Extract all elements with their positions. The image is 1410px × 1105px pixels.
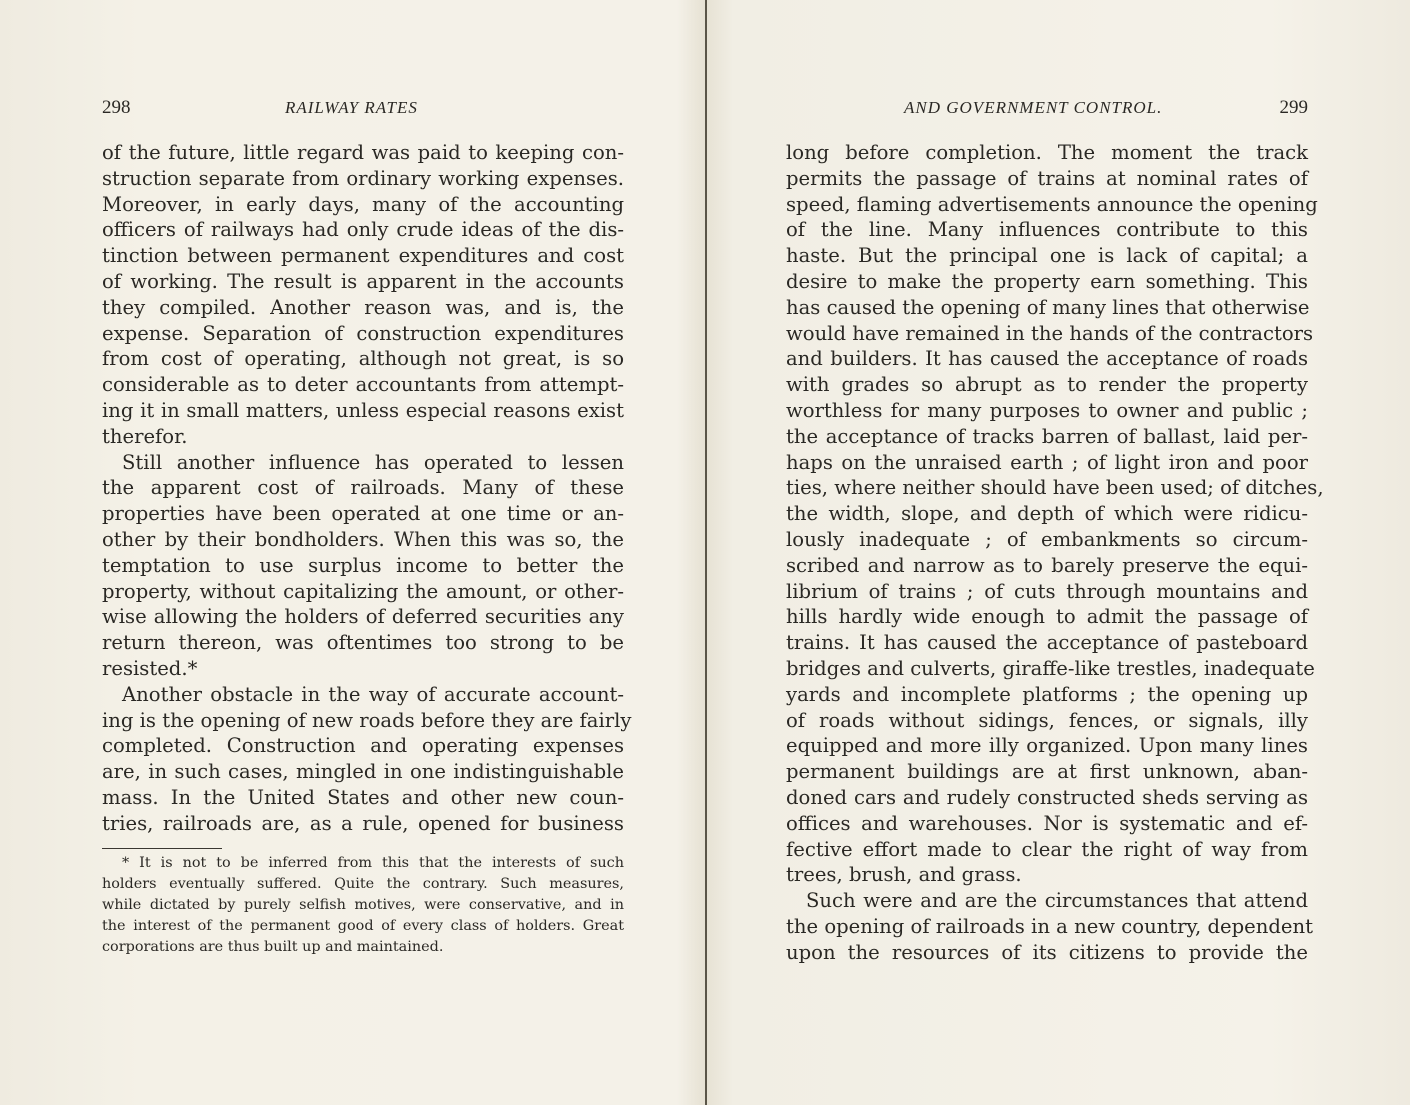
footnote-line: corporations are thus built up and maint… [102,937,624,958]
text-line: hills hardly wide enough to admit the pa… [786,604,1308,630]
text-line: temptation to use surplus income to bett… [102,553,624,579]
text-line: the opening of railroads in a new countr… [786,914,1308,940]
text-line: librium of trains ; of cuts through moun… [786,579,1308,605]
footnote-line: the interest of the permanent good of ev… [102,916,624,937]
right-page: AND GOVERNMENT CONTROL. 299 long before … [786,0,1308,1105]
text-line: mass. In the United States and other new… [102,785,624,811]
text-line: of the line. Many influences contribute … [786,217,1308,243]
text-line: therefor. [102,424,624,450]
left-page-header: 298 RAILWAY RATES [102,97,624,121]
text-line: ing is the opening of new roads before t… [102,708,624,734]
footnote-line: holders eventually suffered. Quite the c… [102,874,624,895]
footnote-line: * It is not to be inferred from this tha… [102,853,624,874]
footnote-rule [102,848,222,849]
text-line: Still another influence has operated to … [102,450,624,476]
page-number: 299 [1280,97,1309,119]
running-head: AND GOVERNMENT CONTROL. [904,98,1162,118]
right-page-body: long before completion. The moment the t… [786,140,1308,966]
text-line: are, in such cases, mingled in one indis… [102,759,624,785]
text-line: of roads without sidings, fences, or sig… [786,708,1308,734]
text-line: permits the passage of trains at nominal… [786,166,1308,192]
text-line: offices and warehouses. Nor is systemati… [786,811,1308,837]
left-page: 298 RAILWAY RATES of the future, little … [102,0,624,1105]
text-line: equipped and more illy organized. Upon m… [786,733,1308,759]
text-line: property, without capitalizing the amoun… [102,579,624,605]
text-line: haste. But the principal one is lack of … [786,243,1308,269]
text-line: Such were and are the circumstances that… [786,888,1308,914]
book-spread: 298 RAILWAY RATES of the future, little … [0,0,1410,1105]
text-line: speed, flaming advertisements announce t… [786,192,1308,218]
text-line: of the future, little regard was paid to… [102,140,624,166]
text-line: would have remained in the hands of the … [786,321,1308,347]
text-line: they compiled. Another reason was, and i… [102,295,624,321]
text-line: the acceptance of tracks barren of balla… [786,424,1308,450]
right-page-header: AND GOVERNMENT CONTROL. 299 [786,97,1308,121]
text-line: has caused the opening of many lines tha… [786,295,1308,321]
text-line: doned cars and rudely constructed sheds … [786,785,1308,811]
text-line: the width, slope, and depth of which wer… [786,501,1308,527]
text-line: tinction between permanent expenditures … [102,243,624,269]
text-line: considerable as to deter accountants fro… [102,372,624,398]
text-line: and builders. It has caused the acceptan… [786,346,1308,372]
text-line: Moreover, in early days, many of the acc… [102,192,624,218]
text-line: properties have been operated at one tim… [102,501,624,527]
text-line: permanent buildings are at first unknown… [786,759,1308,785]
text-line: haps on the unraised earth ; of light ir… [786,450,1308,476]
text-line: resisted.* [102,656,624,682]
text-line: of working. The result is apparent in th… [102,269,624,295]
text-line: wise allowing the holders of deferred se… [102,604,624,630]
text-line: return thereon, was oftentimes too stron… [102,630,624,656]
text-line: fective effort made to clear the right o… [786,837,1308,863]
text-line: worthless for many purposes to owner and… [786,398,1308,424]
text-line: expense. Separation of construction expe… [102,321,624,347]
text-line: completed. Construction and operating ex… [102,733,624,759]
text-line: from cost of operating, although not gre… [102,346,624,372]
page-number: 298 [102,97,131,119]
text-line: desire to make the property earn somethi… [786,269,1308,295]
book-spine [705,0,707,1105]
text-line: yards and incomplete platforms ; the ope… [786,682,1308,708]
text-line: officers of railways had only crude idea… [102,217,624,243]
text-line: ties, where neither should have been use… [786,475,1308,501]
text-line: ing it in small matters, unless especial… [102,398,624,424]
left-page-body: of the future, little regard was paid to… [102,140,624,837]
text-line: tries, railroads are, as a rule, opened … [102,811,624,837]
text-line: long before completion. The moment the t… [786,140,1308,166]
text-line: trains. It has caused the acceptance of … [786,630,1308,656]
text-line: upon the resources of its citizens to pr… [786,940,1308,966]
text-line: struction separate from ordinary working… [102,166,624,192]
text-line: with grades so abrupt as to render the p… [786,372,1308,398]
text-line: Another obstacle in the way of accurate … [102,682,624,708]
text-line: bridges and culverts, giraffe-like trest… [786,656,1308,682]
footnote: * It is not to be inferred from this tha… [102,853,624,958]
footnote-line: while dictated by purely selfish motives… [102,895,624,916]
text-line: scribed and narrow as to barely preserve… [786,553,1308,579]
text-line: lously inadequate ; of embankments so ci… [786,527,1308,553]
text-line: trees, brush, and grass. [786,862,1308,888]
running-head: RAILWAY RATES [285,98,418,118]
text-line: the apparent cost of railroads. Many of … [102,475,624,501]
text-line: other by their bondholders. When this wa… [102,527,624,553]
